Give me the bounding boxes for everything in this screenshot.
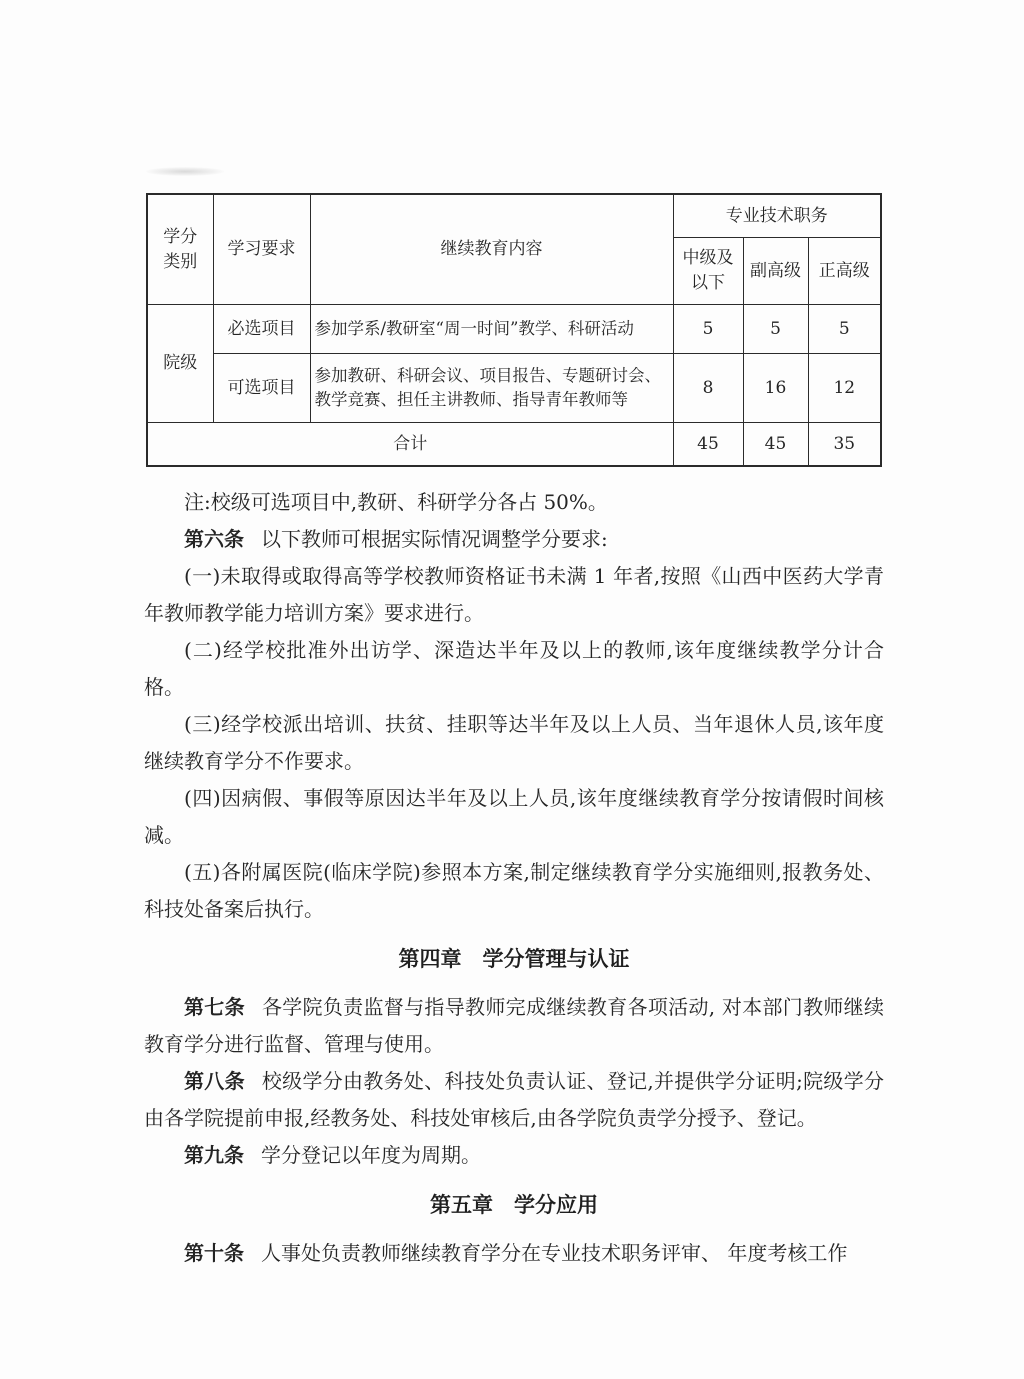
cell-value: 16 xyxy=(743,354,808,423)
header-content: 继续教育内容 xyxy=(310,194,673,305)
cell-total-value: 45 xyxy=(743,423,808,467)
item-1: (一)未取得或取得高等学校教师资格证书未满 1 年者,按照《山西中医药大学青年教… xyxy=(144,558,884,632)
chapter-5-heading: 第五章 学分应用 xyxy=(144,1187,884,1224)
item-2: (二)经学校批准外出访学、深造达半年及以上的教师,该年度继续教学分计合格。 xyxy=(144,632,884,706)
article-10-label: 第十条 xyxy=(184,1241,244,1265)
cell-requirement-required: 必选项目 xyxy=(213,305,310,354)
table-row-required: 院级 必选项目 参加学系/教研室“周一时间”教学、科研活动 5 5 5 xyxy=(147,305,881,354)
article-7-text: 各学院负责监督与指导教师完成继续教育各项活动, 对本部门教师继续教育学分进行监督… xyxy=(144,995,884,1056)
cell-total-value: 45 xyxy=(673,423,743,467)
cell-content-required: 参加学系/教研室“周一时间”教学、科研活动 xyxy=(310,305,673,354)
item-5: (五)各附属医院(临床学院)参照本方案,制定继续教育学分实施细则,报教务处、科技… xyxy=(144,854,884,928)
scan-artifact xyxy=(146,167,224,176)
article-7-label: 第七条 xyxy=(184,995,245,1019)
cell-value: 8 xyxy=(673,354,743,423)
item-4: (四)因病假、事假等原因达半年及以上人员,该年度继续教育学分按请假时间核减。 xyxy=(144,780,884,854)
cell-requirement-optional: 可选项目 xyxy=(213,354,310,423)
header-level-intermediate: 中级及以下 xyxy=(673,238,743,305)
cell-total-label: 合计 xyxy=(147,423,673,467)
document-content: 学分类别 学习要求 继续教育内容 专业技术职务 中级及以下 副高级 正高级 院级… xyxy=(144,193,884,1272)
header-credit-category: 学分类别 xyxy=(147,194,213,305)
cell-content-optional: 参加教研、科研会议、项目报告、专题研讨会、教学竞赛、担任主讲教师、指导青年教师等 xyxy=(310,354,673,423)
table-row-optional: 可选项目 参加教研、科研会议、项目报告、专题研讨会、教学竞赛、担任主讲教师、指导… xyxy=(147,354,881,423)
cell-value: 5 xyxy=(673,305,743,354)
article-8-label: 第八条 xyxy=(184,1069,245,1093)
item-3: (三)经学校派出培训、扶贫、挂职等达半年及以上人员、当年退休人员,该年度继续教育… xyxy=(144,706,884,780)
article-6: 第六条以下教师可根据实际情况调整学分要求: xyxy=(144,521,884,558)
article-7: 第七条各学院负责监督与指导教师完成继续教育各项活动, 对本部门教师继续教育学分进… xyxy=(144,989,884,1063)
article-9: 第九条学分登记以年度为周期。 xyxy=(144,1137,884,1174)
table-row-total: 合计 45 45 35 xyxy=(147,423,881,467)
article-8-text: 校级学分由教务处、科技处负责认证、登记,并提供学分证明;院级学分由各学院提前申报… xyxy=(144,1069,884,1130)
header-level-associate-senior: 副高级 xyxy=(743,238,808,305)
header-learning-requirement: 学习要求 xyxy=(213,194,310,305)
article-9-label: 第九条 xyxy=(184,1143,244,1167)
chapter-4-heading: 第四章 学分管理与认证 xyxy=(144,941,884,978)
header-level-full-senior: 正高级 xyxy=(808,238,881,305)
note-paragraph: 注:校级可选项目中,教研、科研学分各占 50%。 xyxy=(144,484,884,521)
credit-requirements-table: 学分类别 学习要求 继续教育内容 专业技术职务 中级及以下 副高级 正高级 院级… xyxy=(146,193,882,467)
cell-value: 5 xyxy=(808,305,881,354)
article-10-text: 人事处负责教师继续教育学分在专业技术职务评审、 年度考核工作 xyxy=(261,1241,847,1265)
header-credit-category-label: 学分类别 xyxy=(161,225,199,274)
cell-total-value: 35 xyxy=(808,423,881,467)
article-9-text: 学分登记以年度为周期。 xyxy=(261,1143,481,1167)
article-10: 第十条人事处负责教师继续教育学分在专业技术职务评审、 年度考核工作 xyxy=(144,1235,884,1272)
table-header-row-1: 学分类别 学习要求 继续教育内容 专业技术职务 xyxy=(147,194,881,238)
cell-value: 12 xyxy=(808,354,881,423)
article-8: 第八条校级学分由教务处、科技处负责认证、登记,并提供学分证明;院级学分由各学院提… xyxy=(144,1063,884,1137)
cell-category-college: 院级 xyxy=(147,305,213,423)
document-page: 学分类别 学习要求 继续教育内容 专业技术职务 中级及以下 副高级 正高级 院级… xyxy=(0,0,1024,1379)
cell-value: 5 xyxy=(743,305,808,354)
article-6-text: 以下教师可根据实际情况调整学分要求: xyxy=(261,527,608,551)
article-6-label: 第六条 xyxy=(184,527,244,551)
header-professional-titles: 专业技术职务 xyxy=(673,194,881,238)
